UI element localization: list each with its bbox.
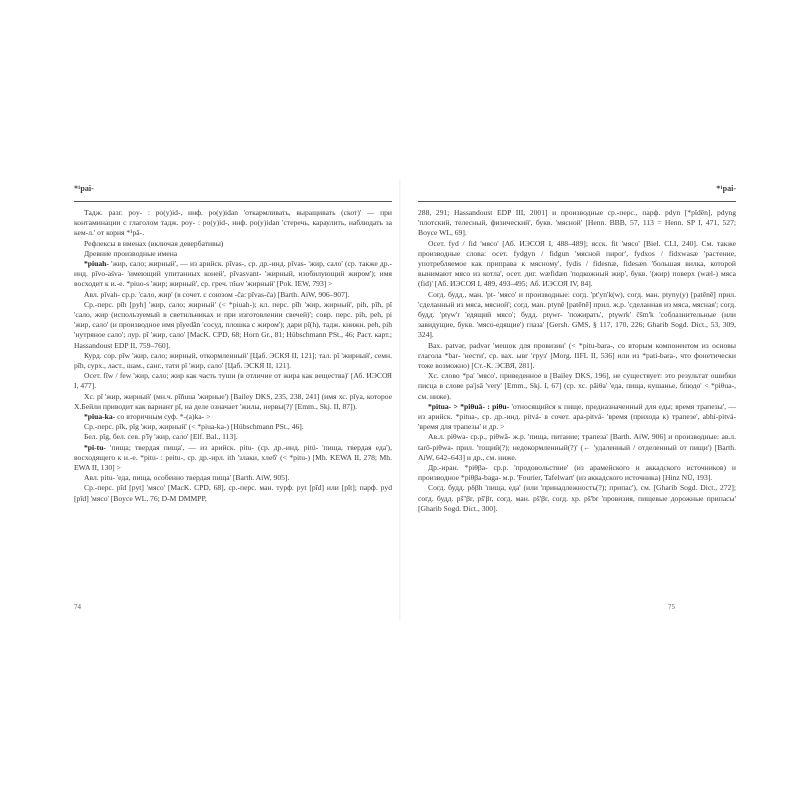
left-running-head: *¹pai- bbox=[74, 183, 392, 202]
entry-heading-paragraph: *pitua- > *piθuā- : piθu- 'относящийся к… bbox=[418, 402, 736, 433]
right-running-head: *¹pai- bbox=[418, 183, 736, 202]
paragraph: Авл. pīvah- ср.р. 'сало, жир' (в сочет. … bbox=[74, 290, 392, 300]
paragraph: Тадж. разг. poy- : po(y)id-, инф. po(y)i… bbox=[74, 208, 392, 239]
paragraph: Ср.-перс. pīd [pyt] 'мясо' [MacK. CPD, 6… bbox=[74, 483, 392, 503]
entry-lemma: *piua-ka- bbox=[84, 412, 115, 421]
left-page: *¹pai- Тадж. разг. poy- : po(y)id-, инф.… bbox=[74, 183, 392, 504]
right-page-body: 288, 291; Hassandoust EDP III, 2001] и п… bbox=[418, 208, 736, 514]
right-page: *¹pai- 288, 291; Hassandoust EDP III, 20… bbox=[418, 183, 736, 514]
paragraph: Согд. будд. pδβh 'пища, еда' (или 'прина… bbox=[418, 483, 736, 514]
paragraph: Осет. fīw / few 'жир, сало; жир как част… bbox=[74, 371, 392, 391]
entry-lemma: *piuah- bbox=[84, 259, 109, 268]
entry-lemma: *pitua- > *piθuā- : piθu- bbox=[428, 402, 509, 411]
right-page-number: 75 bbox=[668, 603, 675, 611]
paragraph: Др.-иран. *piθβa- ср.р. 'продовольствие'… bbox=[418, 463, 736, 483]
paragraph: Ср.-перс. pīk, pīg 'жир, жирный' (< *piu… bbox=[74, 422, 392, 432]
paragraph: Рефлексы в именах (включая девербативы) bbox=[74, 239, 392, 249]
paragraph: Курд. сор. pīw 'жир, сало; жирный, откор… bbox=[74, 351, 392, 371]
entry-heading-paragraph: *pi-tu- 'пища; твердая пища', — из арийс… bbox=[74, 443, 392, 474]
book-spine-gutter bbox=[399, 180, 401, 620]
paragraph: Согд. будд., ман. 'pt- 'мясо' и производ… bbox=[418, 290, 736, 341]
paragraph: Вах. patvǝr, padvǝr 'мешок для провизии'… bbox=[418, 341, 736, 372]
left-page-number: 74 bbox=[74, 603, 81, 611]
paragraph: Ав.л. piθwa- ср.р., piθwā- ж.р. 'пища, п… bbox=[418, 432, 736, 463]
paragraph: Осет. fyd / fid 'мясо' [Аб. ИЭСОЯ I, 488… bbox=[418, 239, 736, 290]
paragraph: Бел. pīg, бел. сев. p'īγ 'жир, сало' [El… bbox=[74, 432, 392, 442]
left-page-body: Тадж. разг. poy- : po(y)id-, инф. po(y)i… bbox=[74, 208, 392, 504]
paragraph: Хс. pī 'жир, жирный' (мн.ч. pīñuua 'жирн… bbox=[74, 392, 392, 412]
entry-lemma: *pi-tu- bbox=[84, 443, 106, 452]
paragraph: Авл. pitu- 'еда, пища, особенно твердая … bbox=[74, 473, 392, 483]
paragraph: Хс. слово *pa' 'мясо', приведенное в [Ba… bbox=[418, 371, 736, 402]
entry-heading-paragraph: *piua-ka- со вторичным суф. *-(a)ka- > bbox=[74, 412, 392, 422]
entry-heading-paragraph: *piuah- 'жир, сало; жирный', — из арийск… bbox=[74, 259, 392, 290]
paragraph: Древние производные имена bbox=[74, 249, 392, 259]
paragraph: Ср.-перс. pīh [pyh] 'жир, сало; жирный' … bbox=[74, 300, 392, 351]
paragraph: 288, 291; Hassandoust EDP III, 2001] и п… bbox=[418, 208, 736, 239]
